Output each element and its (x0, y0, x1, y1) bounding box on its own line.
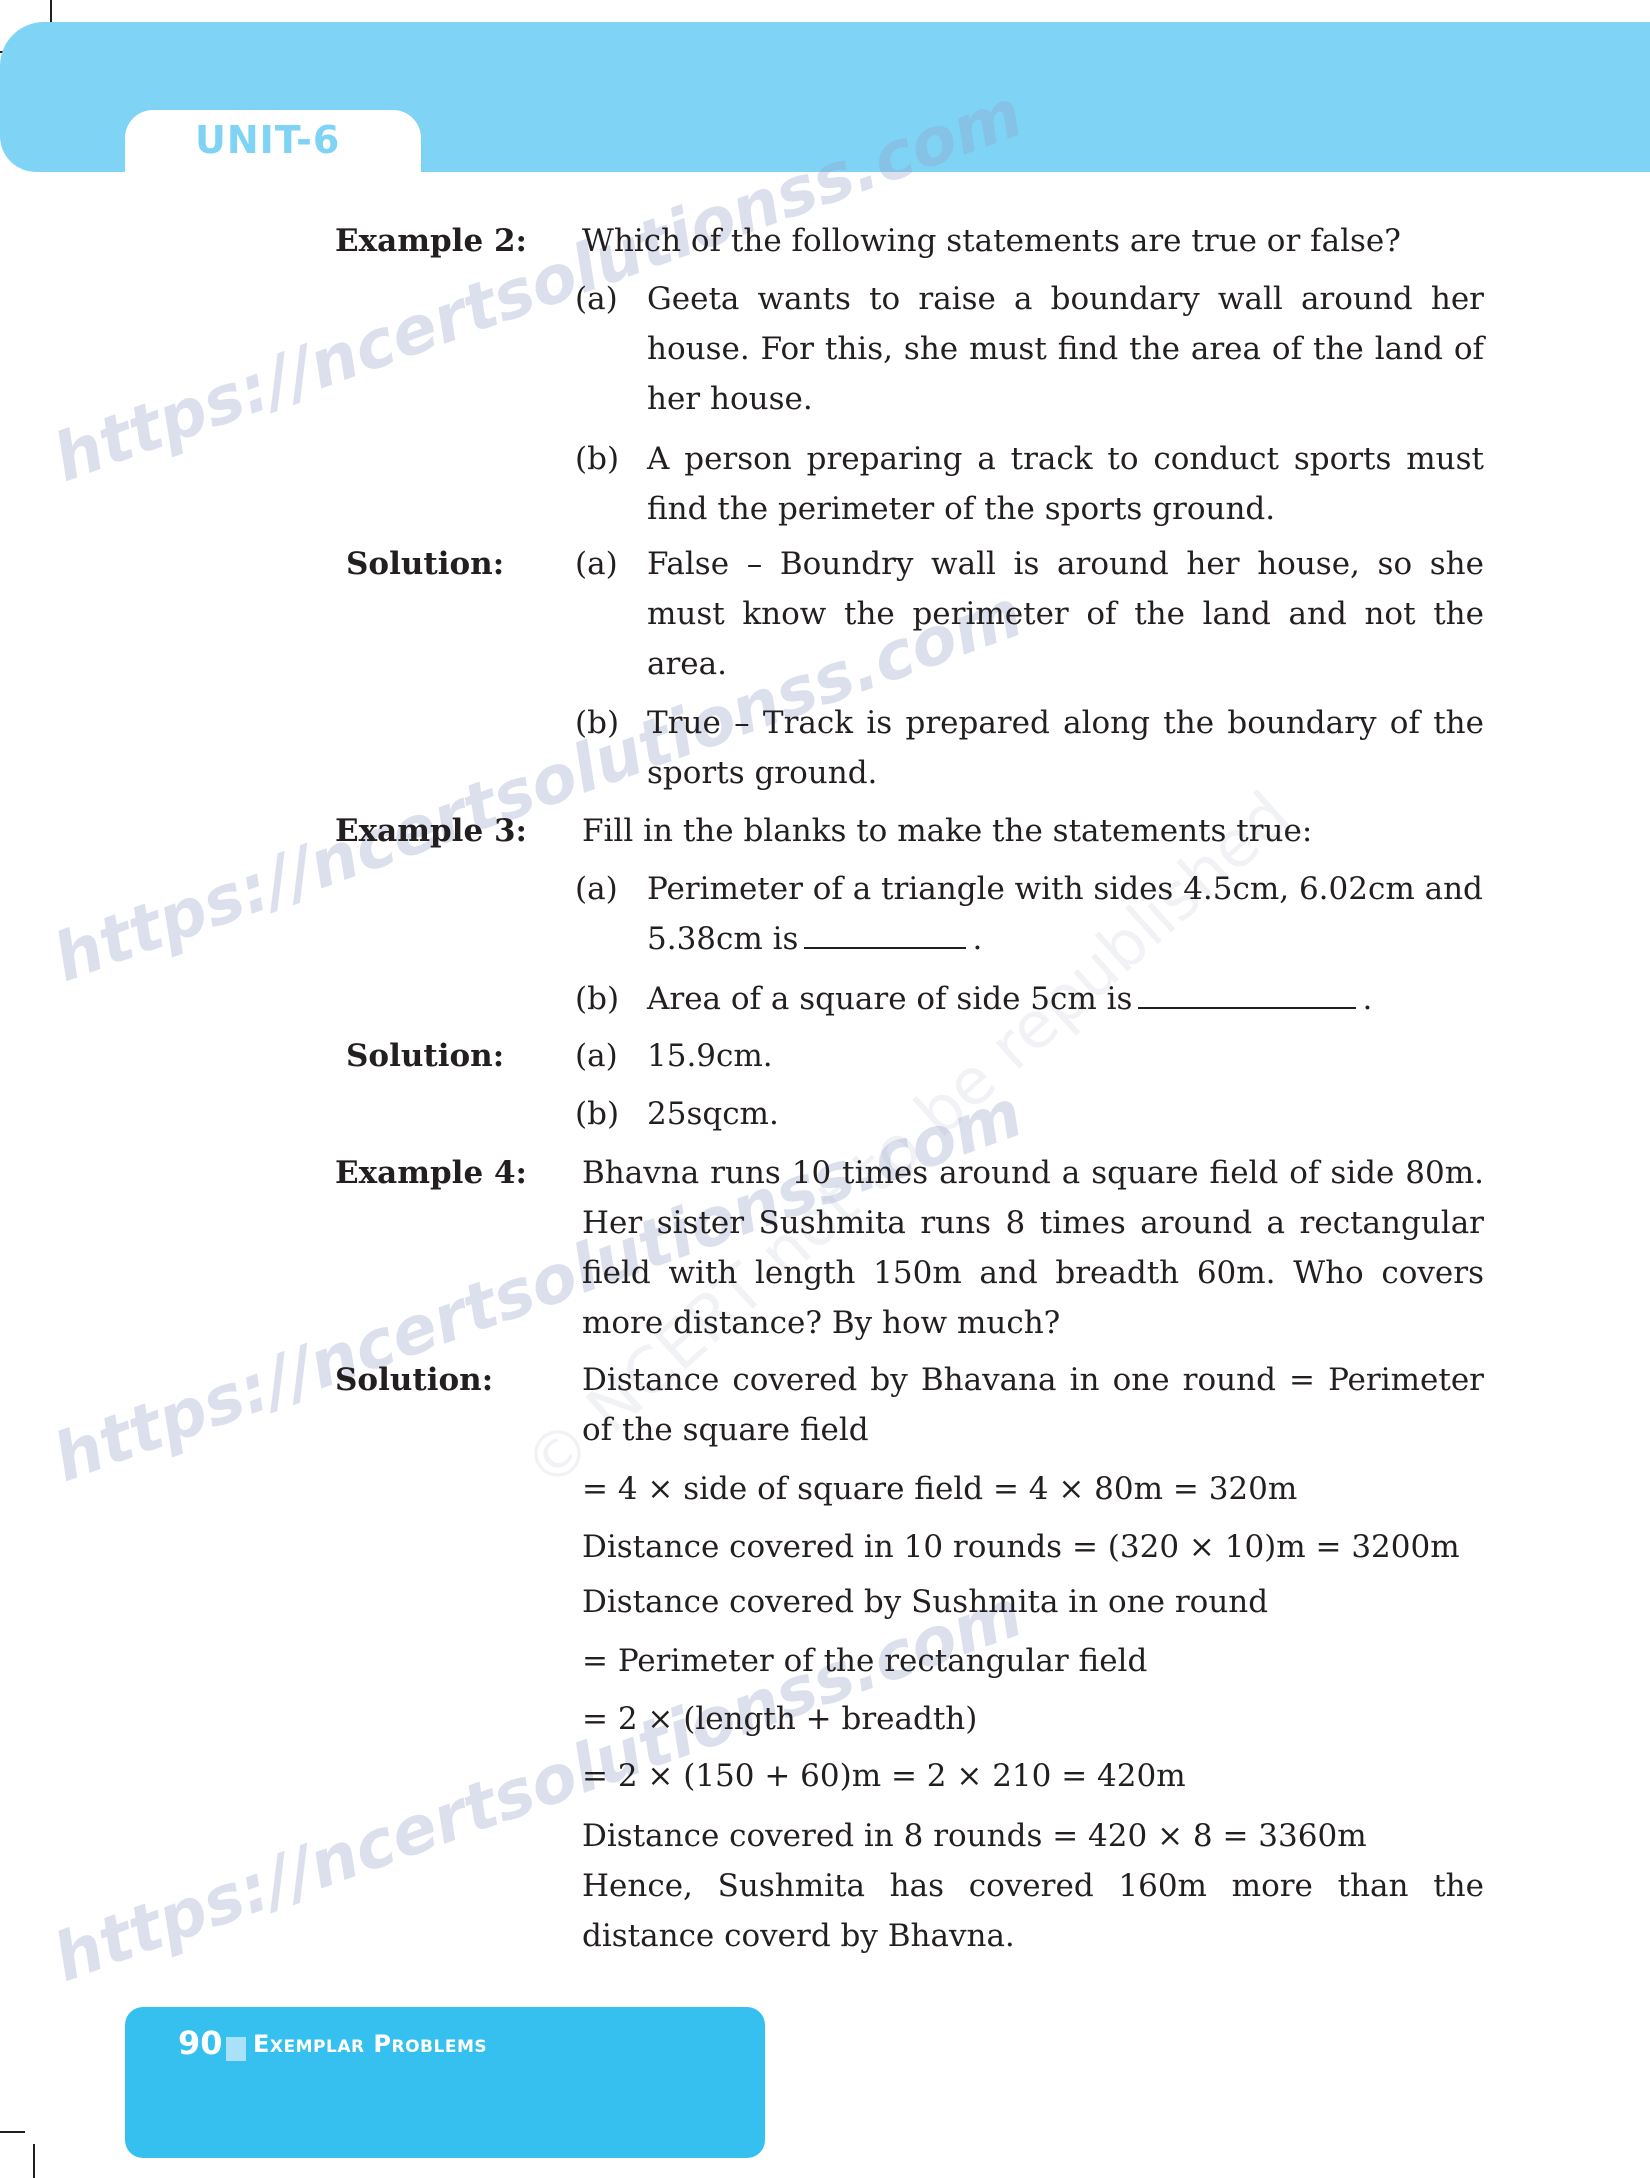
item-end: . (972, 921, 982, 957)
page-number: 90 (178, 2024, 223, 2062)
solution-text: True – Track is prepared along the bound… (647, 698, 1484, 798)
solution-line: = 2 × (length + breadth) (582, 1694, 1484, 1744)
solution-text: False – Boundry wall is around her house… (647, 539, 1484, 689)
solution-text: 15.9cm. (647, 1031, 1484, 1081)
item-text-line: Area of a square of side 5cm is (647, 981, 1132, 1017)
solution-key: (b) (575, 698, 619, 748)
item-end: . (1362, 981, 1372, 1017)
item-text: 5.38cm is. (647, 914, 1484, 964)
item-key: (a) (575, 274, 618, 324)
unit-label: UNIT-6 (195, 118, 340, 162)
solution-line: Distance covered in 10 rounds = (320 × 1… (582, 1522, 1484, 1572)
item-text: Geeta wants to raise a boundary wall aro… (647, 274, 1484, 424)
answer-blank (804, 947, 966, 949)
item-text-line: 5.38cm is (647, 921, 798, 957)
question-text: Bhavna runs 10 times around a square fie… (582, 1148, 1484, 1348)
crop-mark (33, 2144, 35, 2178)
solution-line: Hence, Sushmita has covered 160m more th… (582, 1861, 1484, 1961)
item-text: Perimeter of a triangle with sides 4.5cm… (647, 864, 1484, 914)
crop-mark (0, 2131, 25, 2133)
solution-text: 25sqcm. (647, 1089, 1484, 1139)
solution-line: = Perimeter of the rectangular field (582, 1636, 1484, 1686)
book-title: Exemplar Problems (253, 2030, 487, 2058)
answer-blank (1138, 1007, 1356, 1009)
example-label: Example 2: (335, 216, 527, 266)
example-label: Example 4: (335, 1148, 527, 1198)
solution-line: = 4 × side of square field = 4 × 80m = 3… (582, 1464, 1484, 1514)
solution-key: (a) (575, 539, 618, 589)
solution-line: Distance covered by Sushmita in one roun… (582, 1577, 1484, 1627)
item-text-line: Perimeter of a triangle with sides 4.5cm… (647, 871, 1483, 907)
solution-line: Distance covered in 8 rounds = 420 × 8 =… (582, 1811, 1484, 1861)
item-text: Area of a square of side 5cm is. (647, 974, 1484, 1024)
solution-label: Solution: (346, 1031, 504, 1081)
solution-line: = 2 × (150 + 60)m = 2 × 210 = 420m (582, 1751, 1484, 1801)
question-text: Fill in the blanks to make the statement… (582, 806, 1484, 856)
item-key: (b) (575, 434, 619, 484)
square-bullet-icon (226, 2037, 246, 2061)
solution-label: Solution: (346, 539, 504, 589)
example-label: Example 3: (335, 806, 527, 856)
question-text: Which of the following statements are tr… (582, 216, 1484, 266)
item-text: A person preparing a track to conduct sp… (647, 434, 1484, 534)
solution-key: (b) (575, 1089, 619, 1139)
solution-label: Solution: (335, 1355, 493, 1405)
solution-line: Distance covered by Bhavana in one round… (582, 1355, 1484, 1455)
item-key: (a) (575, 864, 618, 914)
solution-key: (a) (575, 1031, 618, 1081)
item-key: (b) (575, 974, 619, 1024)
